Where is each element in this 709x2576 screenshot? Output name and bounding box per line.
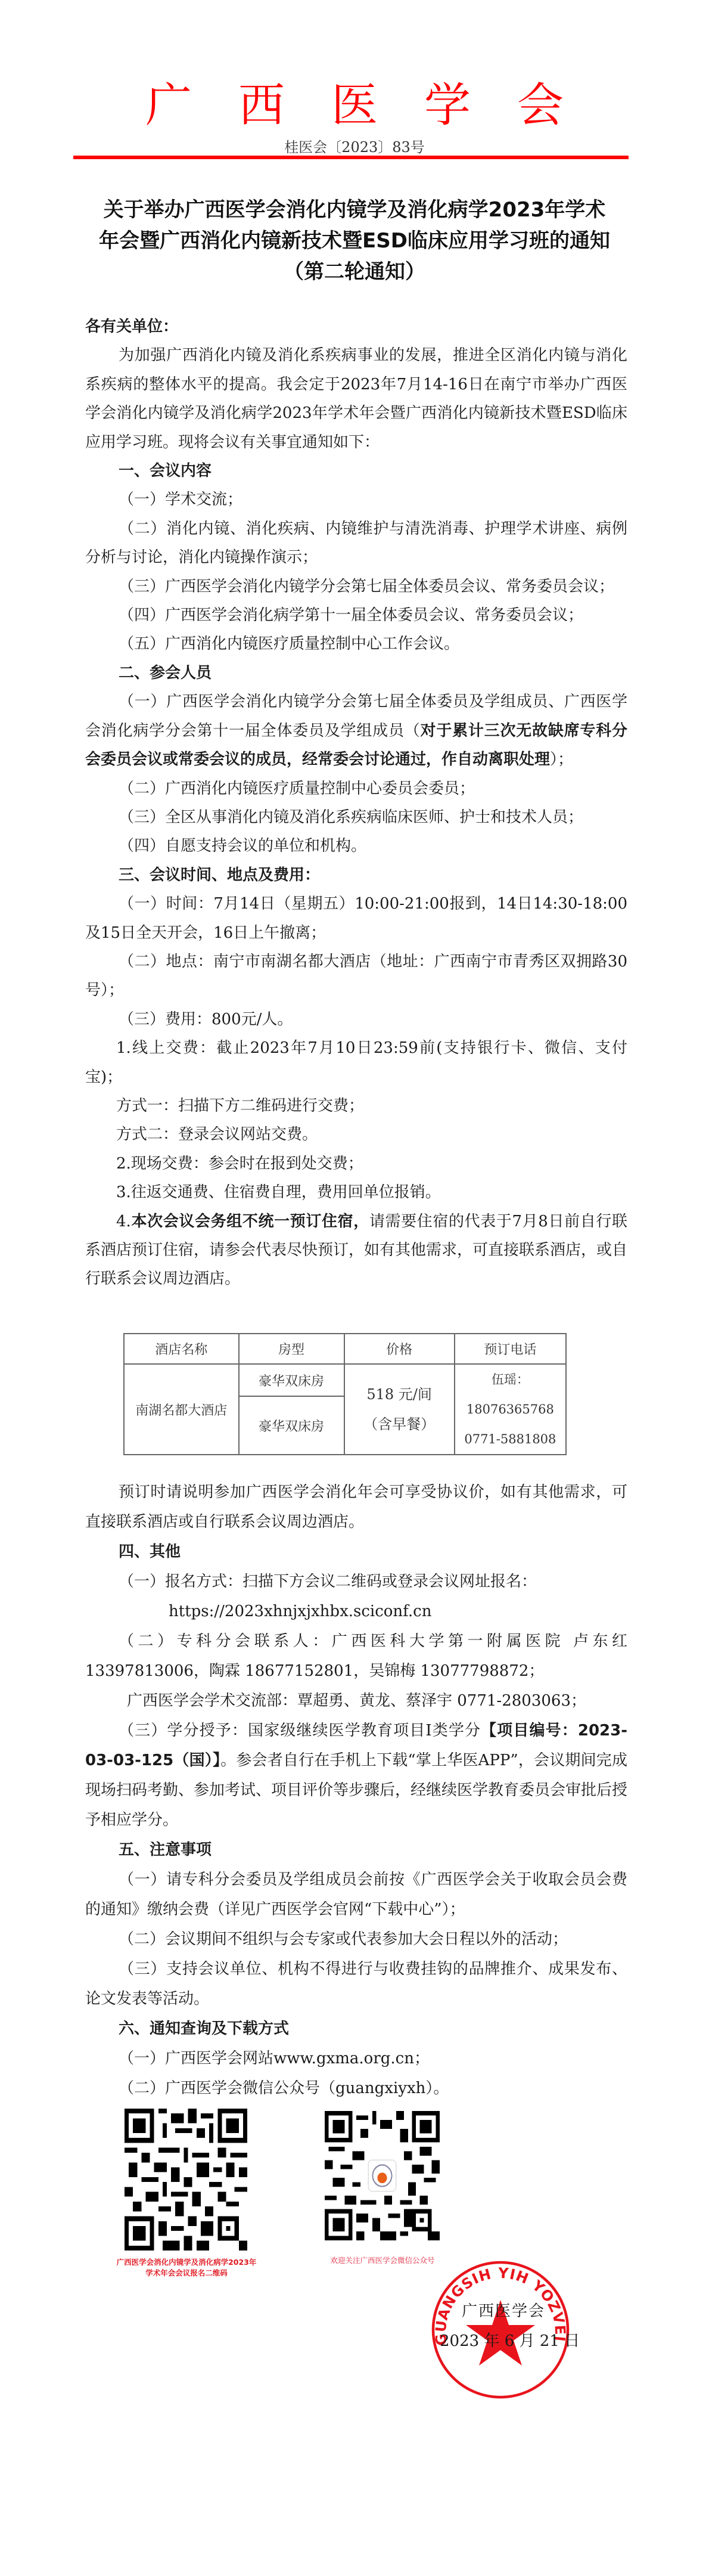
section-3-heading: 三、会议时间、地点及费用：	[85, 861, 627, 889]
credit-info: （三）学分授予：国家级继续医学教育项目I类学分【项目编号：2023-03-03-…	[85, 1716, 627, 1835]
hotel-table-row: 南湖名都大酒店 豪华双床房 518 元/间 （含早餐） 伍瑶： 18076365…	[124, 1364, 566, 1396]
document-number: 桂医会〔2023〕83号	[0, 138, 709, 156]
section-2-item-1-suffix: ）；	[550, 751, 573, 768]
salutation: 各有关单位：	[85, 312, 627, 341]
section-2-item-2: （二）广西消化内镜医疗质量控制中心委员会委员；	[85, 774, 627, 803]
price-breakfast-note: （含早餐）	[345, 1409, 454, 1439]
section-2-item-3: （三）全区从事消化内镜及消化系疾病临床医师、护士和技术人员；	[85, 803, 627, 832]
intro-paragraph: 为加强广西消化内镜及消化系疾病事业的发展，推进全区消化内镜与消化系疾病的整体水平…	[85, 341, 627, 457]
payment-travel: 3.往返交通费、住宿费自理，费用回单位报销。	[85, 1178, 627, 1207]
registration-qr-caption-line-1: 广西医学会消化内镜学及消化病学2023年	[112, 2257, 261, 2268]
section-1-item-5: （五）广西消化内镜医疗质量控制中心工作会议。	[85, 630, 627, 658]
room-type-cell-2: 豪华双床房	[239, 1396, 344, 1455]
section-2-item-4: （四）自愿支持会议的单位和机构。	[85, 832, 627, 860]
branch-contacts: （二）专科分会联系人：广西医科大学第一附属医院 卢东红 13397813006，…	[85, 1626, 627, 1686]
header-room-type: 房型	[239, 1334, 344, 1364]
section-4-heading: 四、其他	[85, 1537, 627, 1567]
notice-title: 关于举办广西医学会消化内镜学及消化病学2023年学术 年会暨广西消化内镜新技术暨…	[77, 194, 632, 287]
hotel-name-cell: 南湖名都大酒店	[124, 1364, 239, 1455]
section-1-item-4: （四）广西医学会消化病学第十一届全体委员会议、常务委员会议；	[85, 601, 627, 630]
section-6-heading: 六、通知查询及下载方式	[85, 2014, 627, 2044]
hotel-table: 酒店名称 房型 价格 预订电话 南湖名都大酒店 豪华双床房 518 元/间 （含…	[123, 1333, 567, 1455]
room-type-cell-1: 豪华双床房	[239, 1364, 344, 1396]
section-5-item-2: （二）会议期间不组织与会专家或代表参加大会日程以外的活动；	[85, 1924, 627, 1954]
registration-method: （一）报名方式：扫描下方会议二维码或登录会议网址报名：	[85, 1567, 627, 1597]
section-5-item-3: （三）支持会议单位、机构不得进行与收费挂钩的品牌推介、成果发布、论文发表等活动。	[85, 1954, 627, 2014]
meeting-time: （一）时间：7月14日（星期五）10:00-21:00报到，14日14:30-1…	[85, 889, 627, 947]
signature-org: 广西医学会	[459, 2302, 548, 2320]
letterhead-org-name: 广西医学会	[0, 79, 709, 132]
phone-cell: 伍瑶： 18076365768 0771-5881808	[455, 1364, 566, 1455]
section-5-heading: 五、注意事项	[85, 1835, 627, 1865]
notice-body-part-1: 各有关单位： 为加强广西消化内镜及消化系疾病事业的发展，推进全区消化内镜与消化系…	[85, 312, 627, 1294]
payment-method-2: 方式二：登录会议网站交费。	[85, 1120, 627, 1149]
meeting-place: （二）地点：南宁市南湖名都大酒店（地址：广西南宁市青秀区双拥路30号）；	[85, 947, 627, 1005]
lodging-note-number: 4.	[116, 1213, 131, 1230]
section-1-heading: 一、会议内容	[85, 457, 627, 485]
section-1-item-3: （三）广西医学会消化内镜学分会第七届全体委员会议、常务委员会议；	[85, 572, 627, 601]
header-hotel-name: 酒店名称	[124, 1334, 239, 1364]
credit-info-text: （三）学分授予：国家级继续医学教育项目I类学分	[119, 1722, 481, 1740]
notice-title-line-2: 年会暨广西消化内镜新技术暨ESD临床应用学习班的通知	[77, 225, 632, 256]
contact-name: 伍瑶：	[455, 1365, 565, 1394]
notice-body-part-2: 预订时请说明参加广西医学会消化年会可享受协议价，如有其他需求，可直接联系酒店或自…	[85, 1477, 627, 2103]
wechat-qr-caption: 欢迎关注广西医学会微信公众号	[316, 2255, 449, 2266]
price-value: 518 元/间	[345, 1380, 454, 1409]
academic-dept-contacts: 广西医学会学术交流部：覃超勇、黄龙、蔡泽宇 0771-2803063；	[85, 1686, 627, 1716]
website-info: （一）广西医学会网站www.gxma.org.cn；	[85, 2044, 627, 2073]
section-1-item-2: （二）消化内镜、消化疾病、内镜维护与清洗消毒、护理学术讲座、病例分析与讨论，消化…	[85, 514, 627, 572]
contact-landline: 0771-5881808	[455, 1424, 565, 1454]
payment-method-1: 方式一：扫描下方二维码进行交费；	[85, 1092, 627, 1120]
payment-onsite: 2.现场交费：参会时在报到处交费；	[85, 1149, 627, 1178]
notice-title-line-3: （第二轮通知）	[77, 256, 632, 287]
header-price: 价格	[344, 1334, 455, 1364]
meeting-fee: （三）费用：800元/人。	[85, 1005, 627, 1034]
payment-online: 1.线上交费：截止2023年7月10日23:59前(支持银行卡、微信、支付宝)；	[85, 1034, 627, 1092]
lodging-note-bold: 本次会议会务组不统一预订住宿，	[131, 1213, 369, 1230]
booking-agreement-note: 预订时请说明参加广西医学会消化年会可享受协议价，如有其他需求，可直接联系酒店或自…	[85, 1477, 627, 1537]
notice-title-line-1: 关于举办广西医学会消化内镜学及消化病学2023年学术	[77, 194, 632, 225]
registration-qr-caption: 广西医学会消化内镜学及消化病学2023年 学术年会会议报名二维码	[112, 2257, 261, 2279]
section-2-heading: 二、参会人员	[85, 659, 627, 687]
price-cell: 518 元/间 （含早餐）	[344, 1364, 455, 1455]
registration-url-link[interactable]: https://2023xhnjxjxhbx.sciconf.cn	[85, 1597, 627, 1626]
signature-date: 2023 年 6 月 21 日	[440, 2332, 571, 2350]
header-booking-phone: 预订电话	[455, 1334, 566, 1364]
wechat-official-account-qr-code-icon[interactable]	[325, 2111, 440, 2240]
lodging-note: 4.本次会议会务组不统一预订住宿，请需要住宿的代表于7月8日前自行联系酒店预订住…	[85, 1207, 627, 1294]
section-1-item-1: （一）学术交流；	[85, 485, 627, 514]
contact-mobile: 18076365768	[455, 1394, 565, 1424]
wechat-info: （二）广西医学会微信公众号（guangxiyxh）。	[85, 2073, 627, 2103]
letterhead-red-rule	[73, 156, 629, 159]
section-5-item-1: （一）请专科分会委员及学组成员会前按《广西医学会关于收取会员会费的通知》缴纳会费…	[85, 1865, 627, 1924]
registration-qr-code-icon[interactable]	[125, 2109, 247, 2250]
section-2-item-1: （一）广西医学会消化内镜学分会第七届全体委员及学组成员、广西医学会消化病学分会第…	[85, 687, 627, 774]
hotel-table-header-row: 酒店名称 房型 价格 预订电话	[124, 1334, 566, 1364]
registration-qr-caption-line-2: 学术年会会议报名二维码	[112, 2268, 261, 2279]
official-red-seal-icon: GUANGSIH YIH YOZVEI 广西医学会	[430, 2259, 571, 2400]
